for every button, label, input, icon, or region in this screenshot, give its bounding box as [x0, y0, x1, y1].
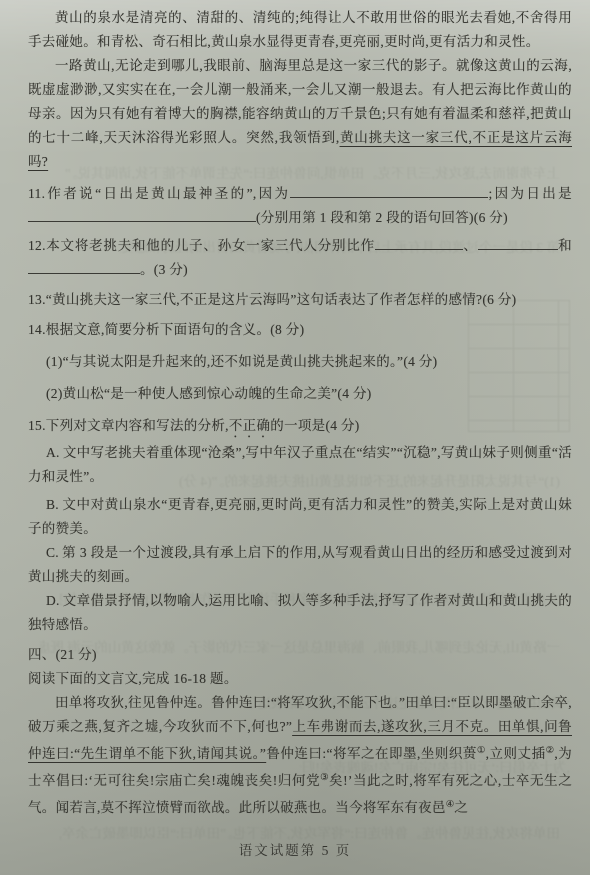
- question-15-option-a: A. 文中写老挑夫着重体现“沧桑”,写中年汉子重点在“结实”“沉稳”,写黄山妹子…: [28, 441, 572, 489]
- answer-blank: [28, 262, 140, 274]
- question-13: 13.“黄山挑夫这一家三代,不正是这片云海吗”这句话表达了作者怎样的感情?(6 …: [28, 288, 572, 312]
- question-14-item-2: (2)黄山松“是一种使人感到惊心动魄的生命之美”(4 分): [28, 382, 572, 406]
- exam-page-content: 黄山的泉水是清亮的、清甜的、清纯的;纯得让人不敢用世俗的眼光去看她,不舍得用手去…: [28, 6, 572, 820]
- question-12-separator-2: 和: [558, 238, 572, 253]
- question-12-separator-1: 、: [463, 238, 478, 253]
- option-c-label: C.: [46, 545, 59, 560]
- question-11: 11.作者说“日出是黄山最神圣的”,因为;因为日出是(分别用第 1 段和第 2 …: [28, 182, 572, 230]
- question-11-text: 作者说“日出是黄山最神圣的”,因为: [45, 186, 290, 201]
- reading-passage-paragraph-2: 一路黄山,无论走到哪儿,我眼前、脑海里总是这一家三代的影子。就像这黄山的云海,既…: [28, 54, 572, 174]
- question-14-stem: 根据文意,简要分析下面语句的含义。(8 分): [46, 322, 305, 337]
- question-14-number: 14.: [28, 322, 46, 337]
- question-15-option-d: D. 文章借景抒情,以物喻人,运用比喻、拟人等多种手法,抒写了作者对黄山和黄山挑…: [28, 589, 572, 637]
- page-footer: 语文试题第 5 页: [0, 839, 590, 859]
- question-15-stem: 下列对文章内容和写法的分析,: [46, 418, 229, 433]
- footnote-marker-1: ①: [477, 746, 486, 756]
- question-15-number: 15.: [28, 418, 46, 433]
- question-14: 14.根据文意,简要分析下面语句的含义。(8 分): [28, 318, 572, 342]
- classical-text-2: 鲁仲连曰:“将军之在即墨,坐则织蒉: [266, 746, 477, 761]
- answer-blank: [478, 238, 558, 250]
- option-b-label: B.: [46, 497, 59, 512]
- question-12-end: 。(3 分): [140, 262, 188, 277]
- footnote-marker-3: ③: [320, 773, 329, 783]
- answer-blank: [375, 238, 463, 250]
- question-12-text: 本文将老挑夫和他的儿子、孙女一家三代人分别比作: [46, 238, 375, 253]
- question-15-emphasized-word: 不正确: [229, 418, 270, 433]
- footnote-marker-4: ④: [446, 800, 455, 810]
- answer-blank: [290, 186, 488, 198]
- section-4-heading: 四、(21 分): [28, 643, 572, 667]
- section-4-instruction: 阅读下面的文言文,完成 16-18 题。: [28, 667, 572, 691]
- option-a-text: 文中写老挑夫着重体现“沧桑”,写中年汉子重点在“结实”“沉稳”,写黄山妹子则侧重…: [28, 445, 572, 484]
- scanned-exam-page: { "style": { "paper_color": "#b2b6ab", "…: [0, 0, 590, 875]
- option-d-label: D.: [46, 593, 60, 608]
- question-15: 15.下列对文章内容和写法的分析,不正确的一项是(4 分): [28, 414, 572, 441]
- question-13-text: “黄山挑夫这一家三代,不正是这片云海吗”这句话表达了作者怎样的感情?(6 分): [46, 292, 517, 307]
- question-12: 12.本文将老挑夫和他的儿子、孙女一家三代人分别比作、和。(3 分): [28, 234, 572, 282]
- footnote-marker-2: ②: [546, 746, 555, 756]
- question-14-item-1: (1)“与其说太阳是升起来的,还不如说是黄山挑夫挑起来的。”(4 分): [28, 350, 572, 374]
- question-13-number: 13.: [28, 292, 46, 307]
- question-15-stem-2: 的一项是(4 分): [270, 418, 359, 433]
- option-a-label: A.: [46, 445, 60, 460]
- question-15-option-c: C. 第 3 段是一个过渡段,具有承上启下的作用,从写观看黄山日出的经历和感受过…: [28, 541, 572, 589]
- question-15-option-b: B. 文中对黄山泉水“更青春,更亮丽,更时尚,更有活力和灵性”的赞美,实际上是对…: [28, 493, 572, 541]
- classical-passage: 田单将攻狄,往见鲁仲连。鲁仲连曰:“将军攻狄,不能下也。”田单曰:“臣以即墨破亡…: [28, 691, 572, 820]
- question-12-number: 12.: [28, 238, 46, 253]
- option-c-text: 第 3 段是一个过渡段,具有承上启下的作用,从写观看黄山日出的经历和感受过渡到对…: [28, 545, 572, 584]
- question-11-number: 11.: [28, 186, 45, 201]
- question-11-note: (分别用第 1 段和第 2 段的语句回答)(6 分): [256, 210, 508, 225]
- classical-text-3: ,立则丈插: [486, 746, 546, 761]
- reading-passage-paragraph-1: 黄山的泉水是清亮的、清甜的、清纯的;纯得让人不敢用世俗的眼光去看她,不舍得用手去…: [28, 6, 572, 54]
- option-d-text: 文章借景抒情,以物喻人,运用比喻、拟人等多种手法,抒写了作者对黄山和黄山挑夫的独…: [28, 593, 572, 632]
- answer-blank: [28, 210, 256, 222]
- question-11-text-2: ;因为日出是: [488, 186, 572, 201]
- option-b-text: 文中对黄山泉水“更青春,更亮丽,更时尚,更有活力和灵性”的赞美,实际上是对黄山妹…: [28, 497, 572, 536]
- classical-text-6: 之: [454, 800, 468, 815]
